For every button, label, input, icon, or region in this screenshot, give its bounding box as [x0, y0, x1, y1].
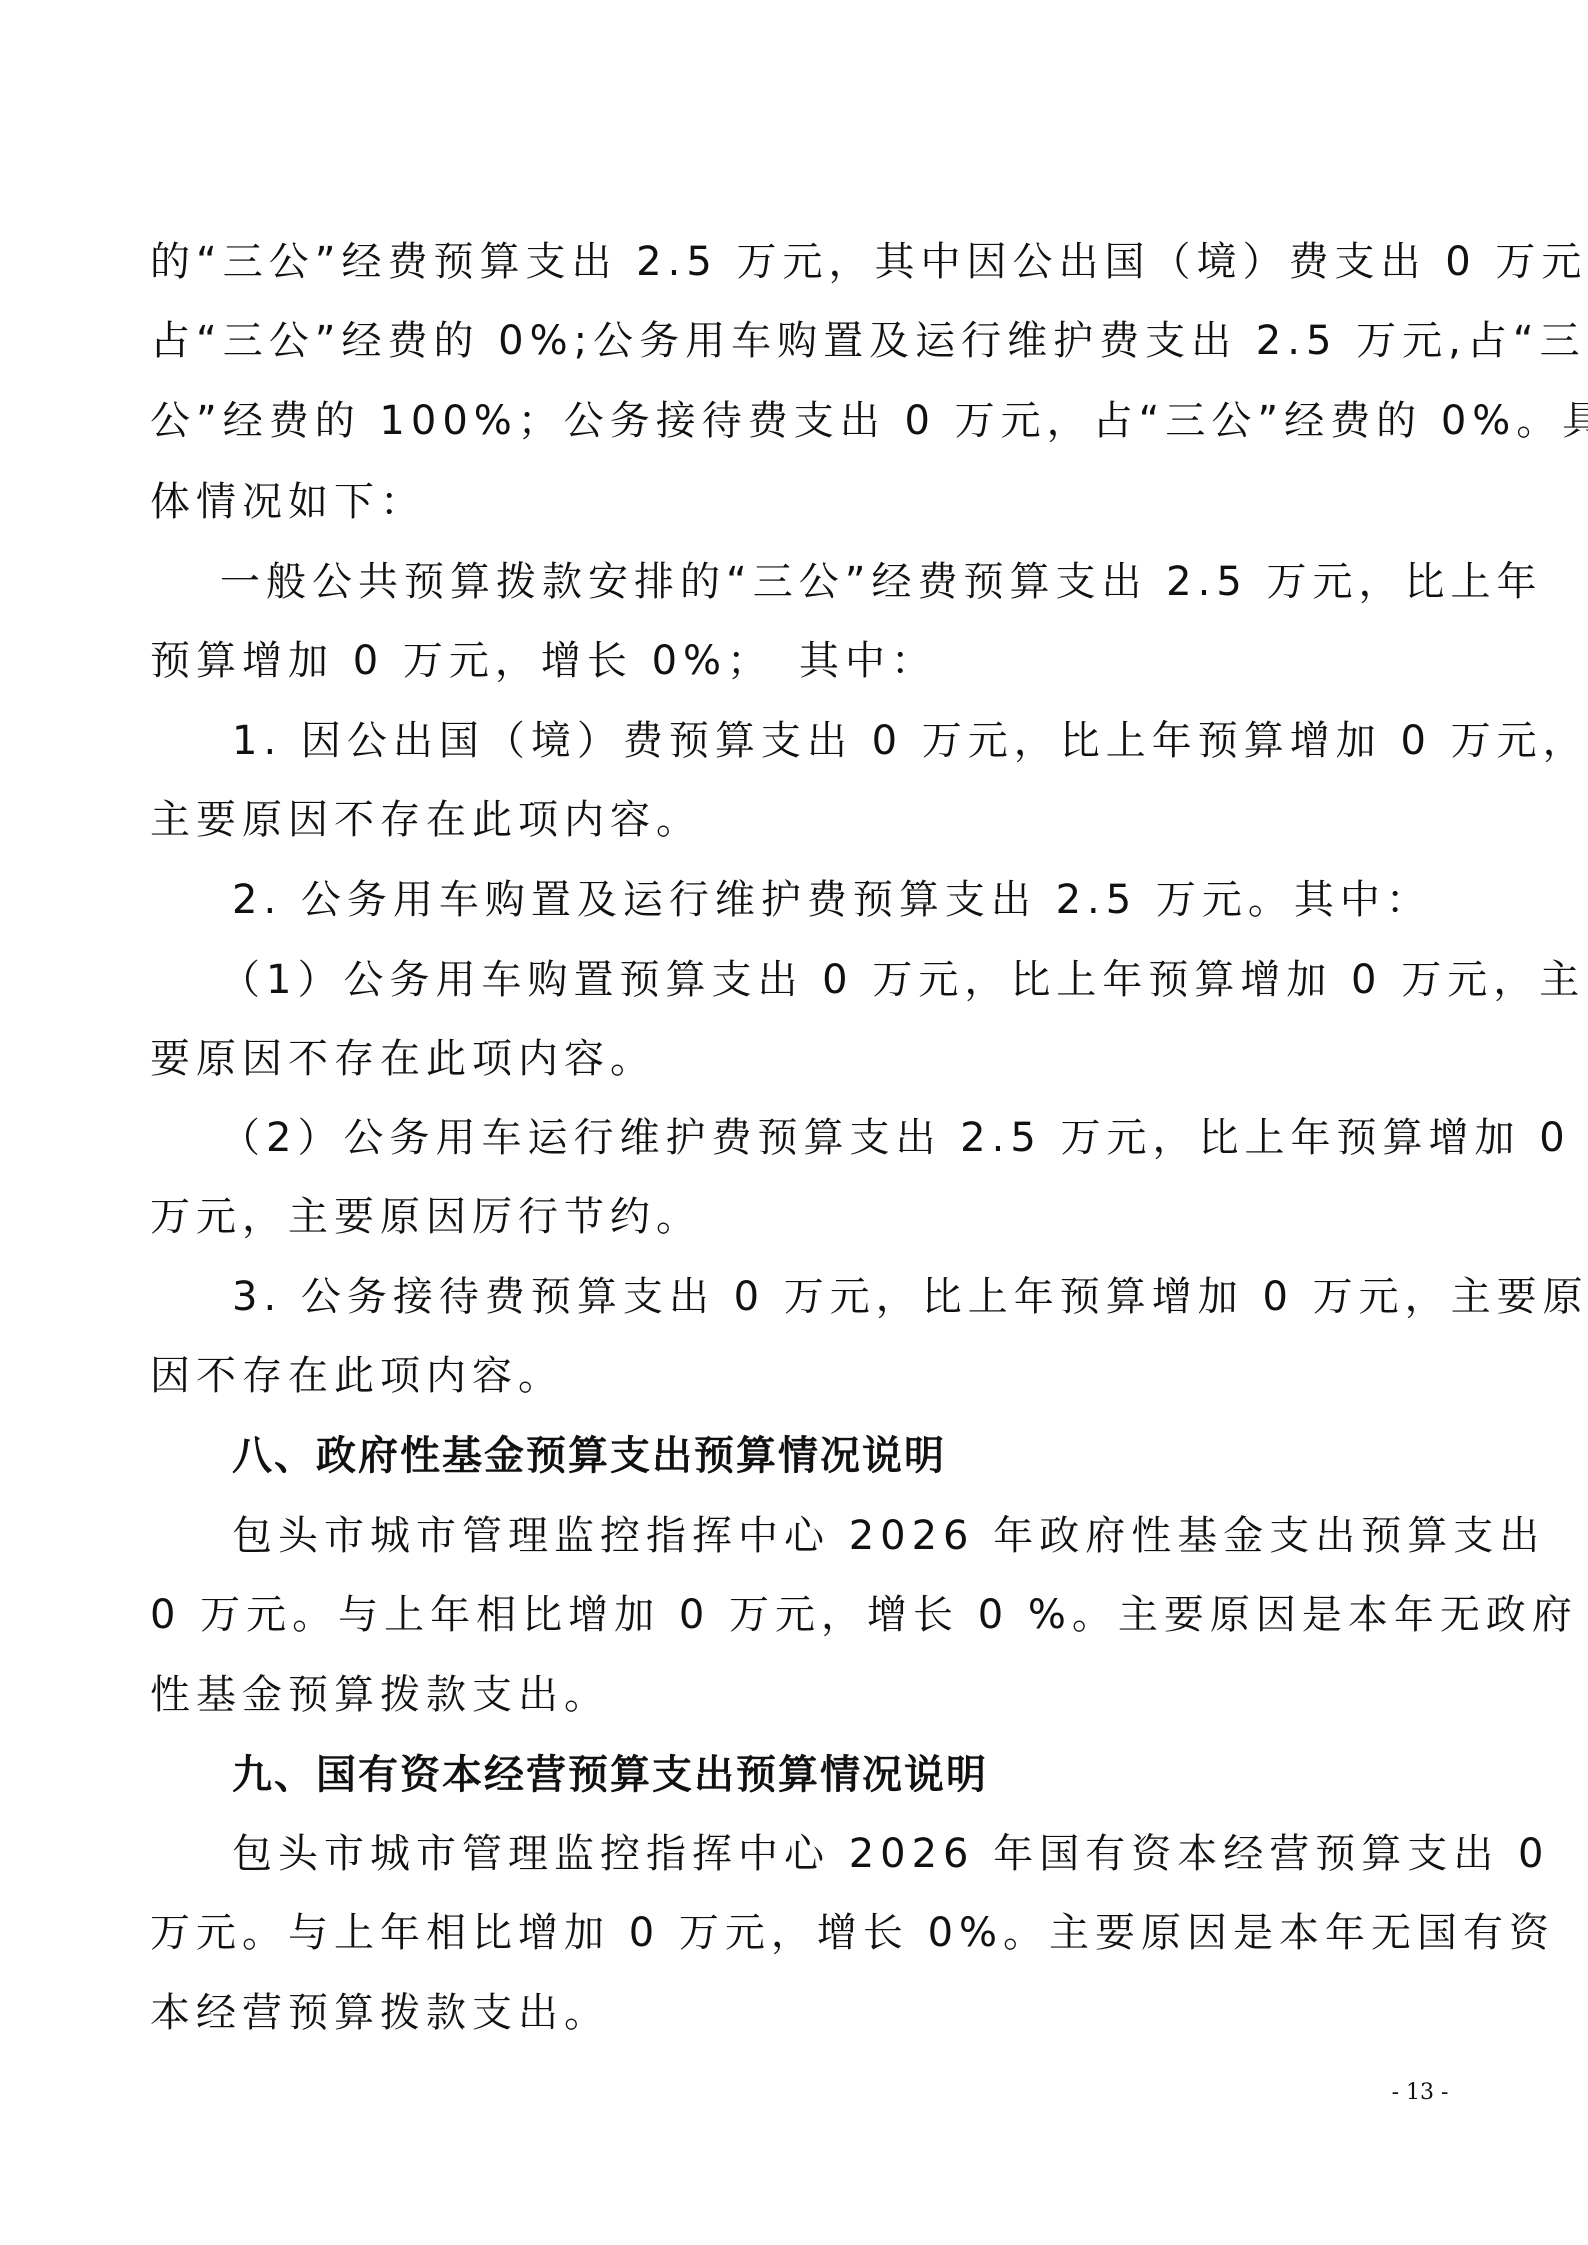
sub-item-line: （2）公务用车运行维护费预算支出 2.5 万元，比上年预算增加 0	[220, 1108, 1450, 1168]
paragraph-line: 万元。与上年相比增加 0 万元，增长 0%。主要原因是本年无国有资	[150, 1903, 1450, 1963]
paragraph-line: 公”经费的 100%；公务接待费支出 0 万元，占“三公”经费的 0%。具	[150, 391, 1450, 451]
paragraph-line: 0 万元。与上年相比增加 0 万元，增长 0 %。主要原因是本年无政府	[150, 1585, 1450, 1645]
paragraph-line: 体情况如下：	[150, 472, 1450, 532]
paragraph-line: 一般公共预算拨款安排的“三公”经费预算支出 2.5 万元，比上年	[220, 552, 1450, 612]
sub-item-line: 要原因不存在此项内容。	[150, 1029, 1450, 1089]
paragraph-line: 包头市城市管理监控指挥中心 2026 年国有资本经营预算支出 0	[232, 1824, 1450, 1884]
list-item-line: 因不存在此项内容。	[150, 1346, 1450, 1406]
paragraph-line: 性基金预算拨款支出。	[150, 1665, 1450, 1725]
list-item-line: 1. 因公出国（境）费预算支出 0 万元，比上年预算增加 0 万元，	[232, 711, 1450, 771]
section-heading-8: 八、政府性基金预算支出预算情况说明	[232, 1426, 1450, 1486]
sub-item-line: （1）公务用车购置预算支出 0 万元，比上年预算增加 0 万元，主	[220, 950, 1450, 1010]
list-item-line: 2. 公务用车购置及运行维护费预算支出 2.5 万元。其中：	[232, 870, 1450, 930]
section-heading-9: 九、国有资本经营预算支出预算情况说明	[232, 1745, 1450, 1805]
paragraph-line: 本经营预算拨款支出。	[150, 1983, 1450, 2043]
list-item-line: 3. 公务接待费预算支出 0 万元，比上年预算增加 0 万元，主要原	[232, 1267, 1450, 1327]
document-page: 的“三公”经费预算支出 2.5 万元，其中因公出国（境）费支出 0 万元， 占“…	[0, 0, 1588, 2245]
page-number: - 13 -	[1380, 2080, 1460, 2105]
sub-item-line: 万元，主要原因厉行节约。	[150, 1187, 1450, 1247]
paragraph-line: 包头市城市管理监控指挥中心 2026 年政府性基金支出预算支出	[232, 1506, 1450, 1566]
paragraph-line: 占“三公”经费的 0%;公务用车购置及运行维护费支出 2.5 万元,占“三	[150, 311, 1450, 371]
paragraph-line: 预算增加 0 万元，增长 0%； 其中：	[150, 631, 1450, 691]
list-item-line: 主要原因不存在此项内容。	[150, 790, 1450, 850]
paragraph-line: 的“三公”经费预算支出 2.5 万元，其中因公出国（境）费支出 0 万元，	[150, 232, 1450, 292]
